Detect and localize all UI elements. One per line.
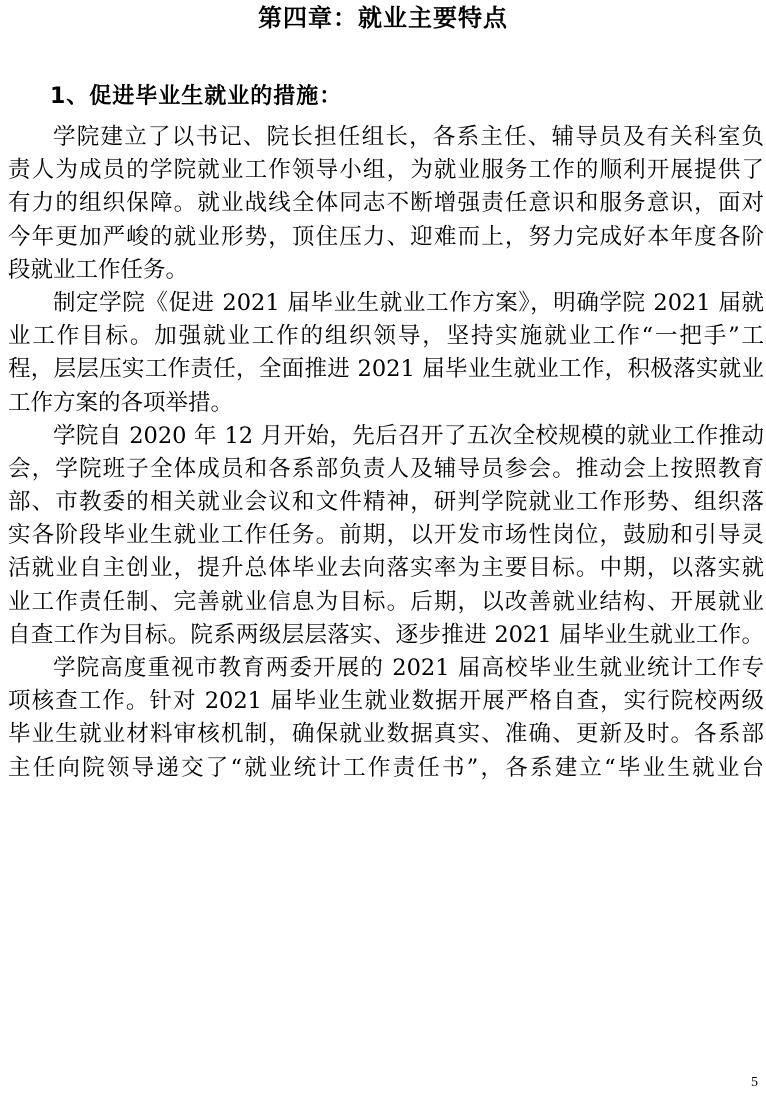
paragraph-leadership-group: 学院建立了以书记、院长担任组长，各系主任、辅导员及有关科室负 责人为成员的学院就… xyxy=(8,121,764,287)
page-number: 5 xyxy=(751,1075,758,1091)
text-line: 业工作目标。加强就业工作的组织领导，坚持实施就业工作“一把手”工 xyxy=(8,320,764,353)
paragraph-work-plan: 制定学院《促进 2021 届毕业生就业工作方案》，明确学院 2021 届就 业工… xyxy=(8,287,764,420)
text-line: 毕业生就业材料审核机制，确保就业数据真实、准确、更新及时。各系部 xyxy=(8,718,764,751)
chapter-title: 第四章：就业主要特点 xyxy=(0,3,766,33)
text-line: 会，学院班子全体成员和各系部负责人及辅导员参会。推动会上按照教育 xyxy=(8,453,764,486)
paragraph-statistics-verification: 学院高度重视市教育两委开展的 2021 届高校毕业生就业统计工作专 项核查工作。… xyxy=(8,652,764,785)
text-line: 有力的组织保障。就业战线全体同志不断增强责任意识和服务意识，面对 xyxy=(8,187,764,220)
text-line: 主任向院领导递交了“就业统计工作责任书”，各系建立“毕业生就业台 xyxy=(8,752,764,785)
paragraph-promotion-meetings: 学院自 2020 年 12 月开始，先后召开了五次全校规模的就业工作推动 会，学… xyxy=(8,420,764,652)
section-heading: 1、促进毕业生就业的措施： xyxy=(50,82,342,112)
document-body: 学院建立了以书记、院长担任组长，各系主任、辅导员及有关科室负 责人为成员的学院就… xyxy=(8,121,764,785)
text-line: 实各阶段毕业生就业工作任务。前期，以开发市场性岗位，鼓励和引导灵 xyxy=(8,519,764,552)
text-line: 学院高度重视市教育两委开展的 2021 届高校毕业生就业统计工作专 xyxy=(8,652,764,685)
text-line: 工作方案的各项举措。 xyxy=(8,387,764,420)
text-line: 责人为成员的学院就业工作领导小组，为就业服务工作的顺利开展提供了 xyxy=(8,154,764,187)
document-page: 第四章：就业主要特点 1、促进毕业生就业的措施： 学院建立了以书记、院长担任组长… xyxy=(0,0,766,1102)
text-line: 活就业自主创业，提升总体毕业去向落实率为主要目标。中期，以落实就 xyxy=(8,552,764,585)
text-line: 制定学院《促进 2021 届毕业生就业工作方案》，明确学院 2021 届就 xyxy=(8,287,764,320)
text-line: 程，层层压实工作责任，全面推进 2021 届毕业生就业工作，积极落实就业 xyxy=(8,353,764,386)
text-line: 学院建立了以书记、院长担任组长，各系主任、辅导员及有关科室负 xyxy=(8,121,764,154)
text-line: 业工作责任制、完善就业信息为目标。后期，以改善就业结构、开展就业 xyxy=(8,586,764,619)
text-line: 项核查工作。针对 2021 届毕业生就业数据开展严格自查，实行院校两级 xyxy=(8,685,764,718)
text-line: 部、市教委的相关就业会议和文件精神，研判学院就业工作形势、组织落 xyxy=(8,486,764,519)
text-line: 段就业工作任务。 xyxy=(8,254,764,287)
text-line: 学院自 2020 年 12 月开始，先后召开了五次全校规模的就业工作推动 xyxy=(8,420,764,453)
text-line: 自查工作为目标。院系两级层层落实、逐步推进 2021 届毕业生就业工作。 xyxy=(8,619,764,652)
text-line: 今年更加严峻的就业形势，顶住压力、迎难而上，努力完成好本年度各阶 xyxy=(8,221,764,254)
